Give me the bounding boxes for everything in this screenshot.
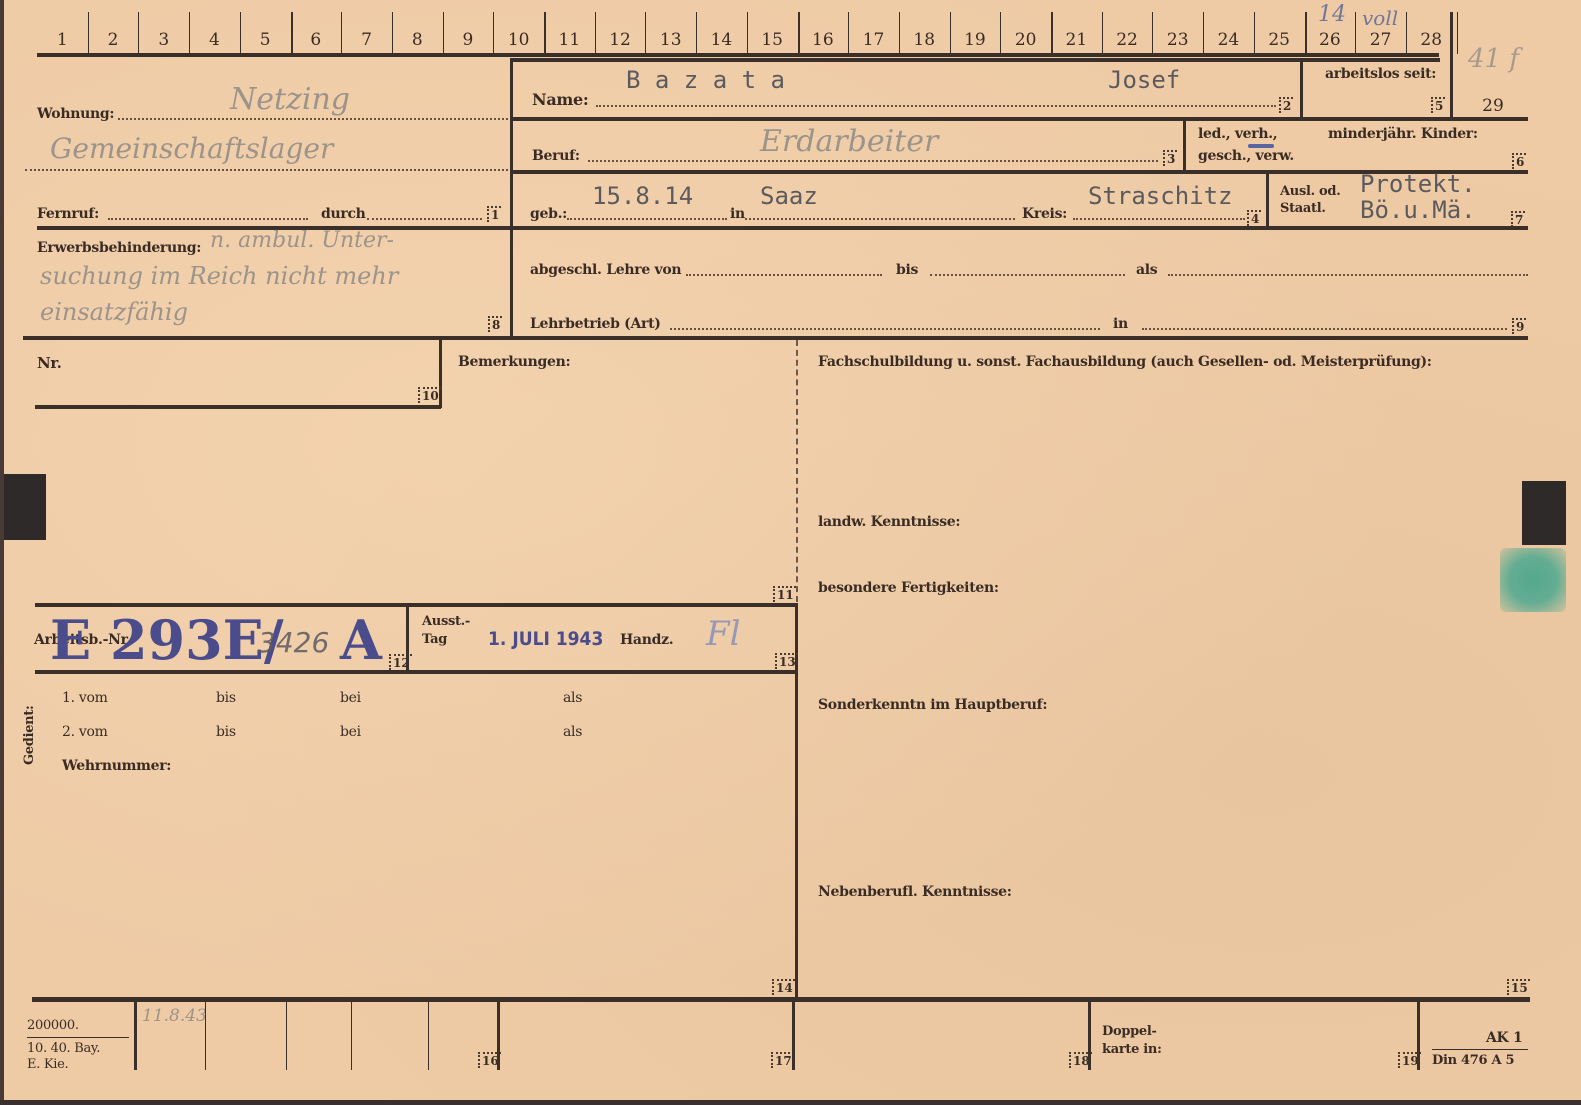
divider-ausstellung: [406, 606, 409, 672]
column-number-26: 26: [1315, 30, 1345, 50]
arbeitsbuch-number: 3426: [258, 626, 329, 659]
divider-left-right-top: [510, 60, 513, 338]
field-number-13: 13: [775, 653, 798, 669]
label-bemerkungen: Bemerkungen:: [458, 354, 570, 370]
footer-divider-19: [1417, 1000, 1420, 1070]
field-number-8: 8: [488, 316, 502, 332]
footer-divider-17: [792, 997, 795, 1070]
field-number-7: 7: [1511, 211, 1525, 227]
label-handz: Handz.: [620, 632, 673, 648]
geb-place-value: Saaz: [760, 182, 818, 210]
name-firstname-value: Josef: [1108, 66, 1180, 94]
column-number-28: 28: [1416, 30, 1446, 50]
label-lehre-als: als: [1136, 262, 1157, 278]
ruler-tick: [1152, 12, 1153, 54]
column-number-5: 5: [250, 30, 280, 50]
lehre-bis-input[interactable]: [930, 274, 1125, 276]
gedient-row-1-n: 1. vom: [62, 690, 108, 706]
column-number-21: 21: [1061, 30, 1091, 50]
label-erwerbsbehinderung: Erwerbsbehinderung:: [37, 240, 201, 256]
field-number-11: 11: [773, 586, 796, 602]
column-number-11: 11: [554, 30, 584, 50]
divider-familienstand: [1183, 118, 1186, 170]
divider-col-29: [1450, 12, 1453, 120]
print-info-line-1: 10. 40. Bay.: [27, 1041, 100, 1056]
column-number-23: 23: [1163, 30, 1193, 50]
label-lehrbetrieb-in: in: [1113, 316, 1128, 332]
footer-divider-18: [1088, 1000, 1091, 1070]
gedient-row-2-bis: bis: [216, 724, 236, 740]
ruler-tick: [443, 12, 444, 54]
stamp-ausstellung-date: 1. JULI 1943: [488, 628, 603, 650]
ruler-tick: [1254, 12, 1255, 54]
card-left-edge: [0, 0, 4, 1105]
field-number-6: 6: [1512, 153, 1526, 169]
label-nr: Nr.: [37, 354, 62, 372]
rule-below-nr: [35, 405, 441, 409]
ruler-tick: [493, 12, 494, 54]
column-number-29: 29: [1478, 96, 1508, 116]
label-lehre-bis: bis: [896, 262, 918, 278]
print-run: 200000.: [27, 1018, 79, 1033]
kreis-input[interactable]: [1073, 218, 1245, 220]
footer-cell-divider-4: [428, 1000, 429, 1070]
divider-arbeitslos: [1300, 60, 1303, 118]
ruler-tick: [595, 12, 596, 54]
rule-top-arbeitsbuch: [35, 603, 797, 607]
column-number-20: 20: [1011, 30, 1041, 50]
gedient-row-2-bei: bei: [340, 724, 361, 740]
label-fernruf: Fernruf:: [37, 206, 99, 222]
ruler-tick: [950, 12, 951, 54]
ruler-tick: [1000, 12, 1001, 54]
column-number-18: 18: [909, 30, 939, 50]
label-ausl: Ausl. od.: [1280, 184, 1340, 199]
column-number-13: 13: [656, 30, 686, 50]
name-surname-value: B a z a t a: [626, 66, 785, 94]
wohnung-line-1[interactable]: [118, 118, 508, 120]
staat-value-2: Bö.u.Mä.: [1360, 196, 1476, 224]
column-number-25: 25: [1264, 30, 1294, 50]
column-number-12: 12: [605, 30, 635, 50]
ruler-tick: [747, 12, 748, 54]
field-number-10: 10: [418, 387, 441, 403]
label-arbeitslos-seit: arbeitslos seit:: [1325, 66, 1436, 82]
label-fachschulbildung: Fachschulbildung u. sonst. Fachausbildun…: [818, 354, 1432, 370]
footer-divider-1: [134, 1000, 137, 1070]
wohnung-value-2: Gemeinschaftslager: [50, 132, 333, 165]
registration-mark-right: [1522, 481, 1566, 545]
column-number-14: 14: [706, 30, 736, 50]
column-number-9: 9: [453, 30, 483, 50]
durch-input[interactable]: [367, 218, 482, 220]
footer-cell-divider-2: [286, 1000, 287, 1070]
ruler-tick: [1457, 12, 1458, 54]
footer-divider-16: [497, 1000, 500, 1070]
column-number-1: 1: [47, 30, 77, 50]
lehre-von-input[interactable]: [686, 274, 882, 276]
column-number-6: 6: [301, 30, 331, 50]
label-doppelkarte-2: karte in:: [1102, 1042, 1162, 1057]
label-lehre-von: abgeschl. Lehre von: [530, 262, 681, 278]
familienstand-options-2[interactable]: gesch., verw.: [1198, 148, 1294, 164]
familienstand-options-1[interactable]: led., verh.,: [1198, 126, 1277, 142]
column-number-10: 10: [504, 30, 534, 50]
field-number-15: 15: [1507, 979, 1530, 995]
ruler-tick: [341, 12, 342, 54]
rule-below-arbeitsbuch: [35, 670, 797, 674]
wohnung-value-1: Netzing: [230, 82, 350, 117]
ruler-tick: [696, 12, 697, 54]
wohnung-line-2[interactable]: [25, 169, 508, 171]
stamp-arbeitsbuch-suffix: A: [340, 608, 382, 672]
column-number-27: 27: [1366, 30, 1396, 50]
divider-staat: [1266, 172, 1269, 228]
label-nebenberufl-kenntnisse: Nebenberufl. Kenntnisse:: [818, 884, 1012, 900]
card-bottom-edge: [0, 1100, 1581, 1105]
note-above-26: 14: [1318, 2, 1346, 27]
beruf-value: Erdarbeiter: [760, 124, 938, 159]
footer-date-note: 11.8.43: [142, 1006, 207, 1026]
form-code: AK 1: [1486, 1030, 1522, 1046]
rule-below-top-section: [23, 336, 1528, 340]
rule-below-name: [512, 117, 1528, 121]
footer-cell-divider-3: [351, 1000, 352, 1070]
erwerbsbehinderung-value-3: einsatzfähig: [40, 298, 188, 326]
label-tag: Tag: [422, 632, 447, 647]
ruler-tick: [1203, 12, 1204, 54]
ruler-tick: [189, 12, 190, 54]
label-wohnung: Wohnung:: [37, 106, 114, 122]
field-number-4: 4: [1247, 210, 1261, 226]
gedient-row-2-n: 2. vom: [62, 724, 108, 740]
label-name: Name:: [532, 90, 589, 109]
note-right-corner: 41 f: [1468, 44, 1519, 74]
erwerbsbehinderung-value-2: suchung im Reich nicht mehr: [40, 262, 398, 290]
ruler-tick: [240, 12, 241, 54]
lehre-als-input[interactable]: [1168, 274, 1528, 276]
registration-mark-left: [4, 474, 46, 540]
ruler-tick: [848, 12, 849, 54]
ruler-tick: [1305, 12, 1307, 54]
din-code: Din 476 A 5: [1432, 1053, 1514, 1068]
label-geb: geb.:: [530, 206, 567, 222]
label-minderjaehr-kinder: minderjähr. Kinder:: [1328, 126, 1478, 142]
field-number-9: 9: [1512, 318, 1526, 334]
ruler-tick: [88, 12, 89, 54]
fernruf-input[interactable]: [108, 218, 308, 220]
green-ink-mark: [1500, 548, 1566, 612]
field-number-3: 3: [1163, 150, 1177, 166]
column-number-4: 4: [199, 30, 229, 50]
column-number-17: 17: [859, 30, 889, 50]
handz-value: Fl: [706, 614, 740, 654]
column-number-2: 2: [98, 30, 128, 50]
ruler-tick: [899, 12, 900, 54]
column-number-22: 22: [1112, 30, 1142, 50]
rule-below-geb: [512, 226, 1528, 230]
column-number-16: 16: [808, 30, 838, 50]
label-besondere-fertigkeiten: besondere Fertigkeiten:: [818, 580, 999, 596]
note-above-27: voll: [1362, 6, 1398, 30]
employment-record-card: 1234567891011121314151617181920212223242…: [0, 0, 1581, 1105]
ruler-tick: [798, 12, 800, 54]
ruler-tick: [291, 12, 293, 54]
gedient-row-1-bei: bei: [340, 690, 361, 706]
label-doppelkarte-1: Doppel-: [1102, 1024, 1157, 1039]
lehrbetrieb-input[interactable]: [670, 328, 1100, 330]
form-code-rule: [1432, 1049, 1528, 1050]
gedient-row-2-als: als: [563, 724, 582, 740]
label-durch: durch: [321, 206, 366, 222]
label-gedient: Gedient:: [22, 705, 37, 765]
gedient-row-1-bis: bis: [216, 690, 236, 706]
field-number-14: 14: [772, 979, 795, 995]
ruler-tick: [138, 12, 139, 54]
ruler-tick: [1102, 12, 1103, 54]
print-info-rule: [27, 1037, 129, 1038]
label-lehrbetrieb: Lehrbetrieb (Art): [530, 316, 661, 332]
stamp-arbeitsbuch-prefix: E 293E/: [50, 608, 284, 672]
divider-bemerkungen-fachschul: [796, 340, 798, 602]
label-staatl: Staatl.: [1280, 201, 1326, 216]
label-beruf: Beruf:: [532, 148, 580, 164]
field-number-17: 17: [771, 1052, 794, 1068]
lehrbetrieb-in-input[interactable]: [1142, 328, 1507, 330]
ruler-tick: [645, 12, 646, 54]
label-kreis: Kreis:: [1022, 206, 1067, 222]
column-number-15: 15: [757, 30, 787, 50]
name-input[interactable]: [596, 105, 1276, 107]
erwerbsbehinderung-value-1: n. ambul. Unter-: [210, 228, 394, 253]
geb-date-value: 15.8.14: [592, 182, 693, 210]
ruler-tick: [1355, 12, 1356, 54]
label-geb-in: in: [730, 206, 745, 222]
field-number-1: 1: [487, 206, 501, 222]
label-wehrnummer: Wehrnummer:: [62, 758, 171, 774]
geb-date-input[interactable]: [567, 218, 727, 220]
column-number-3: 3: [149, 30, 179, 50]
column-number-8: 8: [402, 30, 432, 50]
kreis-value: Straschitz: [1088, 182, 1233, 210]
ruler-tick: [544, 12, 546, 54]
footer-cell-divider-1: [205, 1000, 206, 1070]
label-sonderkenntnisse: Sonderkenntn im Hauptberuf:: [818, 697, 1047, 713]
geb-place-input[interactable]: [745, 218, 1015, 220]
label-landw-kenntnisse: landw. Kenntnisse:: [818, 514, 960, 530]
field-number-5: 5: [1431, 97, 1445, 113]
field-number-2: 2: [1279, 97, 1293, 113]
rule-bottom-strip: [32, 997, 1530, 1002]
column-number-19: 19: [960, 30, 990, 50]
column-number-7: 7: [352, 30, 382, 50]
ruler-baseline: [37, 53, 1439, 57]
beruf-input[interactable]: [588, 160, 1158, 162]
gedient-row-1-als: als: [563, 690, 582, 706]
print-info-line-2: E. Kie.: [27, 1057, 68, 1072]
column-number-24: 24: [1213, 30, 1243, 50]
ruler-tick: [392, 12, 393, 54]
ruler-tick: [1051, 12, 1053, 54]
staat-value-1: Protekt.: [1360, 170, 1476, 198]
ruler-tick: [1406, 12, 1407, 54]
label-ausst: Ausst.-: [422, 614, 470, 629]
